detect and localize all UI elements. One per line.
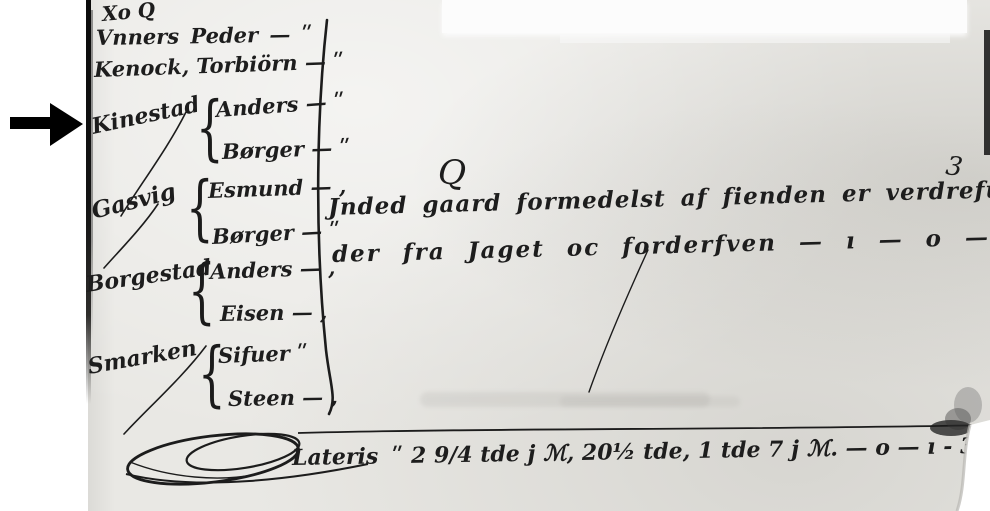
register-header-flourish: Xo Q — [101, 0, 156, 24]
tenant-name: Vnners Peder — ʺ — [96, 23, 313, 48]
tenant-name: Steen — , — [228, 386, 338, 409]
scan-white-strip-soft — [560, 33, 950, 43]
tenant-name: Sifuer ʺ — [218, 342, 309, 366]
ink-bleedthrough — [560, 396, 740, 407]
tenant-name: Børger — ʺ — [222, 137, 351, 162]
tenant-name: Anders — , — [210, 257, 336, 282]
annotation-arrow — [10, 103, 83, 146]
manuscript-scan: Xo Q Vnners Peder — ʺ Kenock, Torbiörn —… — [0, 0, 990, 511]
tenant-name: Børger — ʺ — [211, 219, 340, 247]
scan-white-strip — [442, 0, 967, 33]
tenant-name: Esmund — , — [208, 175, 347, 201]
lateris-label: Lateris — [292, 443, 379, 471]
note-flourish: Q — [437, 155, 467, 191]
tenant-name: Eisen — , — [220, 301, 328, 324]
